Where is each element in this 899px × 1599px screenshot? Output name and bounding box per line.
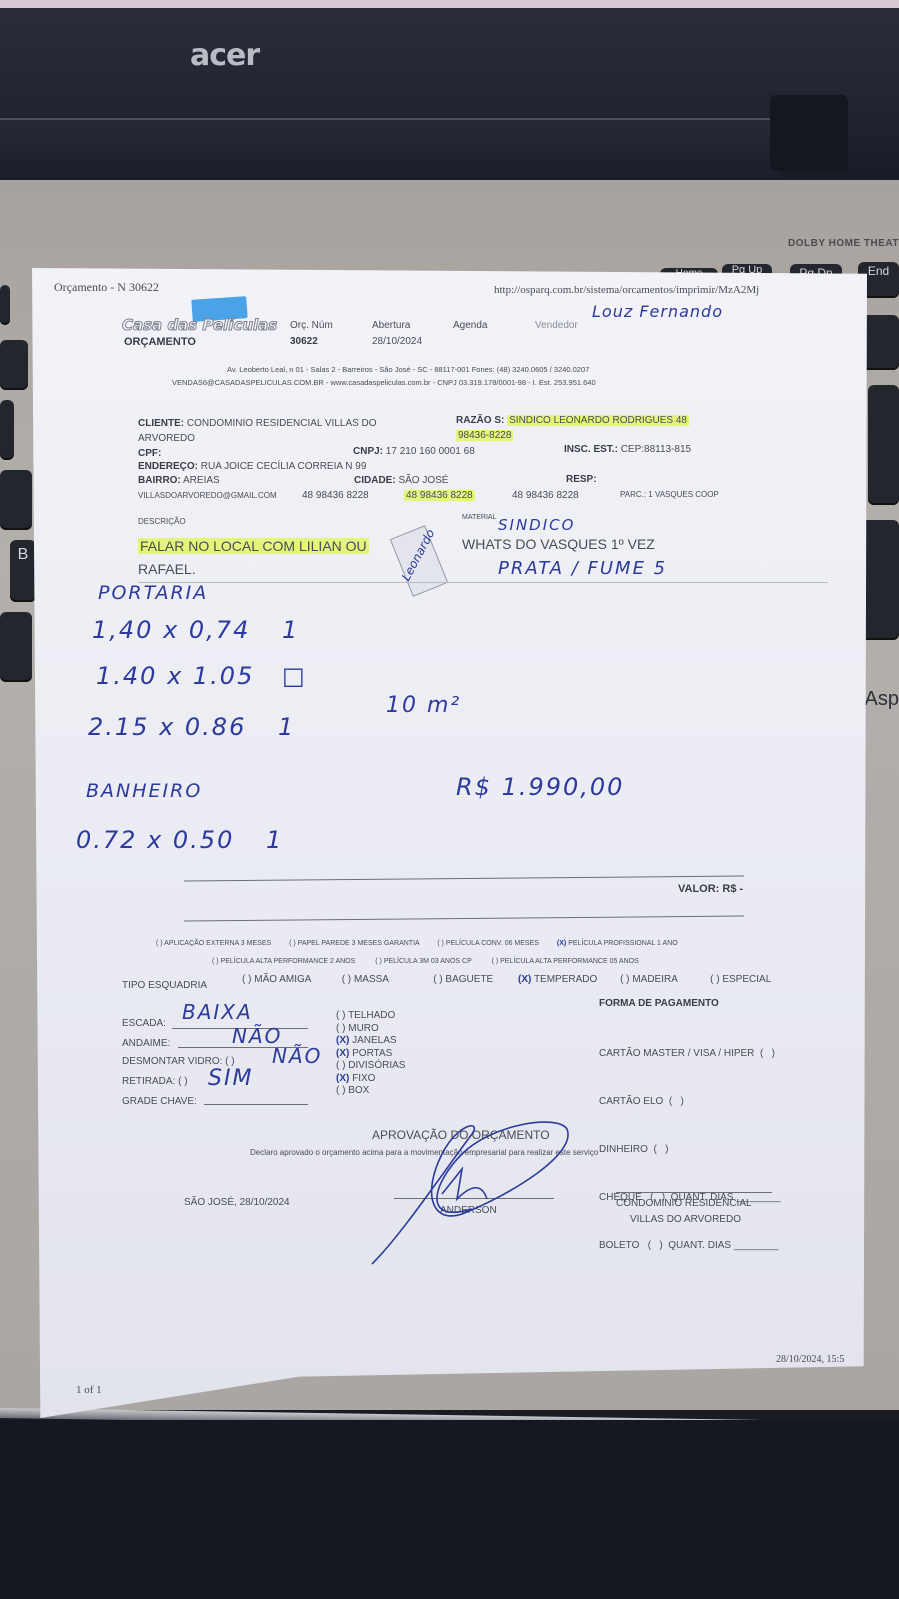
laptop-hinge [0,118,780,178]
dark-surface [0,1420,899,1599]
handwritten-sindico: SINDICO [498,516,575,534]
razao-social: RAZÃO S: SINDICO LEONARDO RODRIGUES 48 [456,415,689,426]
orc-num: 30622 [290,336,318,347]
tipo-esquadria-options: ( ) MÃO AMIGA ( ) MASSA ( ) BAGUETE (X) … [242,974,771,985]
option-baguete[interactable]: ( ) BAGUETE [433,974,493,985]
option-aplicacao-externa[interactable]: ( ) APLICAÇÃO EXTERNA 3 MESES [156,940,271,947]
approval-place-date: SÃO JOSÉ, 28/10/2024 [184,1197,290,1208]
section-banheiro: BANHEIRO [86,780,202,802]
abertura-label: Abertura [372,320,410,331]
vendedor-handwritten: Louz Fernando [592,302,723,321]
tipo-esquadria-label: TIPO ESQUADRIA [122,980,207,991]
client-sign-line2: VILLAS DO ARVOREDO [630,1214,741,1225]
client-line2: ARVOREDO [138,433,195,444]
handwritten-material: PRATA / FUME 5 [498,558,667,579]
client-sign-line1: CONDOMINIO RESIDENCIAL [616,1198,752,1209]
client-phone-3: 48 98436 8228 [512,490,579,501]
payment-options: CARTÃO MASTER / VISA / HIPER ( ) CARTÃO … [599,1014,781,1286]
desmontar-value: NÃO [272,1044,322,1068]
client-phone-1: 48 98436 8228 [302,490,369,501]
razao-social-line2: 98436-8228 [456,430,513,441]
client-signature-line [616,1192,772,1193]
grade-chave-label: GRADE CHAVE: [122,1096,197,1107]
client-phone-2: 48 98436 8228 [404,490,475,501]
material-value: WHATS DO VASQUES 1º VEZ [462,536,655,552]
approval-text: Declaro aprovado o orçamento acima para … [250,1148,598,1157]
key [862,315,899,370]
signature-line [394,1198,554,1199]
andaime-label: ANDAIME: [122,1038,170,1049]
abertura-date: 28/10/2024 [372,336,422,347]
locations-list: ( ) TELHADO ( ) MURO (X) JANELAS (X) POR… [336,1010,405,1098]
divider [184,876,744,882]
endereco: ENDEREÇO: RUA JOICE CECÍLIA CORREIA N 99 [138,461,366,472]
print-header-url: http://osparq.com.br/sistema/orcamentos/… [494,284,759,296]
page-number: 1 of 1 [76,1384,102,1396]
printed-quote-document: Orçamento - N 30622 http://osparq.com.br… [32,268,867,1418]
payment-title: FORMA DE PAGAMENTO [599,998,719,1009]
company-logo: Casa das Películas [122,316,277,334]
laptop-hinge-block [770,95,848,171]
option-especial[interactable]: ( ) ESPECIAL [710,974,771,985]
company-address: Av. Leoberto Leal, n 01 - Salas 2 - Barr… [227,365,589,374]
orc-num-label: Orç. Núm [290,320,333,331]
option-alta-performance-5[interactable]: ( ) PELÍCULA ALTA PERFORMANCE 05 ANOS [492,958,639,965]
location-divisorias[interactable]: ( ) DIVISÓRIAS [336,1060,405,1073]
option-pelicula-profissional[interactable]: (X) PELÍCULA PROFISSIONAL 1 ANO [557,940,678,947]
measurement-row: 1,40 x 0,74 1 [92,616,299,644]
cpf-label: CPF: [138,448,161,459]
key [868,385,899,505]
escada-label: ESCADA: [122,1018,166,1029]
laptop-model-label: Asp [865,688,899,711]
valor-label: VALOR: R$ - [678,883,743,895]
option-massa[interactable]: ( ) MASSA [342,974,389,985]
option-alta-performance-2[interactable]: ( ) PELÍCULA ALTA PERFORMANCE 2 ANOS [212,958,355,965]
location-portas[interactable]: (X) PORTAS [336,1048,405,1061]
location-muro[interactable]: ( ) MURO [336,1023,405,1036]
options-row-2: ( ) PELÍCULA ALTA PERFORMANCE 2 ANOS ( )… [212,958,639,965]
doc-type: ORÇAMENTO [124,336,196,348]
print-header-title: Orçamento - N 30622 [54,280,159,295]
option-pelicula-conv[interactable]: ( ) PELÍCULA CONV. 06 MESES [437,940,539,947]
escada-value: BAIXA [182,1000,253,1024]
retirada-checkbox[interactable]: ( ) [178,1076,187,1087]
payment-option-boleto[interactable]: BOLETO ( ) QUANT. DIAS ________ [599,1238,781,1254]
descricao-line1: FALAR NO LOCAL COM LILIAN OU [138,538,369,554]
divider [138,582,828,583]
cnpj: CNPJ: 17 210 160 0001 68 [353,446,475,457]
key [0,340,28,390]
handwritten-area: 10 m² [386,693,461,718]
client-email: VILLASDOARVOREDO@GMAIL.COM [138,491,277,500]
key-b: B [10,540,36,602]
dolby-badge: DOLBY HOME THEAT [788,238,899,249]
location-janelas[interactable]: (X) JANELAS [336,1035,405,1048]
handwritten-price: R$ 1.990,00 [456,773,624,801]
key [0,470,32,530]
print-timestamp: 28/10/2024, 15:5 [776,1354,844,1365]
cidade: CIDADE: SÃO JOSÉ [354,475,448,486]
grade-chave-line [204,1104,308,1105]
option-mao-amiga[interactable]: ( ) MÃO AMIGA [242,974,311,985]
payment-option-dinheiro[interactable]: DINHEIRO ( ) [599,1142,781,1158]
agenda-label: Agenda [453,320,487,331]
approval-title: APROVAÇÃO DO ORÇAMENTO [372,1128,550,1142]
option-3m[interactable]: ( ) PELÍCULA 3M 03 ANOS CP [375,958,471,965]
payment-option-cartao[interactable]: CARTÃO MASTER / VISA / HIPER ( ) [599,1046,781,1062]
key [0,400,14,460]
material-label: MATERIAL [462,514,497,521]
insc-est: INSC. EST.: CEP:88113-815 [564,444,691,455]
payment-option-elo[interactable]: CARTÃO ELO ( ) [599,1094,781,1110]
resp-label: RESP: [566,474,597,485]
location-telhado[interactable]: ( ) TELHADO [336,1010,405,1023]
client-line1: CLIENTE: CONDOMINIO RESIDENCIAL VILLAS D… [138,418,377,429]
descricao-line2: RAFAEL. [138,561,196,577]
bairro: BAIRRO: AREIAS [138,475,220,486]
section-portaria: PORTARIA [98,582,208,604]
vendedor-label: Vendedor [535,320,578,331]
retirada-value: SIM [208,1066,253,1091]
divider [184,916,744,922]
option-madeira[interactable]: ( ) MADEIRA [620,974,677,985]
signer-name: ANDERSON [440,1205,497,1216]
key [0,285,10,325]
option-papel-parede[interactable]: ( ) PAPEL PAREDE 3 MESES GARANTIA [289,940,419,947]
parcelamento: PARC.: 1 VASQUES COOP [620,490,719,499]
option-temperado[interactable]: (X) TEMPERADO [518,974,597,985]
retirada: RETIRADA: ( ) [122,1076,188,1087]
key [0,612,32,682]
descricao-label: DESCRIÇÃO [138,517,186,526]
laptop-brand-logo: acer [190,38,259,73]
measurement-row: 2.15 x 0.86 1 [88,713,295,741]
measurement-row: 0.72 x 0.50 1 [76,826,283,854]
location-box[interactable]: ( ) BOX [336,1085,405,1098]
measurement-row: 1.40 x 1.05 □ [96,662,307,690]
company-contact: VENDAS6@CASADASPELICULAS.COM.BR - www.ca… [172,378,596,387]
options-row-1: ( ) APLICAÇÃO EXTERNA 3 MESES ( ) PAPEL … [156,940,678,947]
location-fixo[interactable]: (X) FIXO [336,1073,405,1086]
